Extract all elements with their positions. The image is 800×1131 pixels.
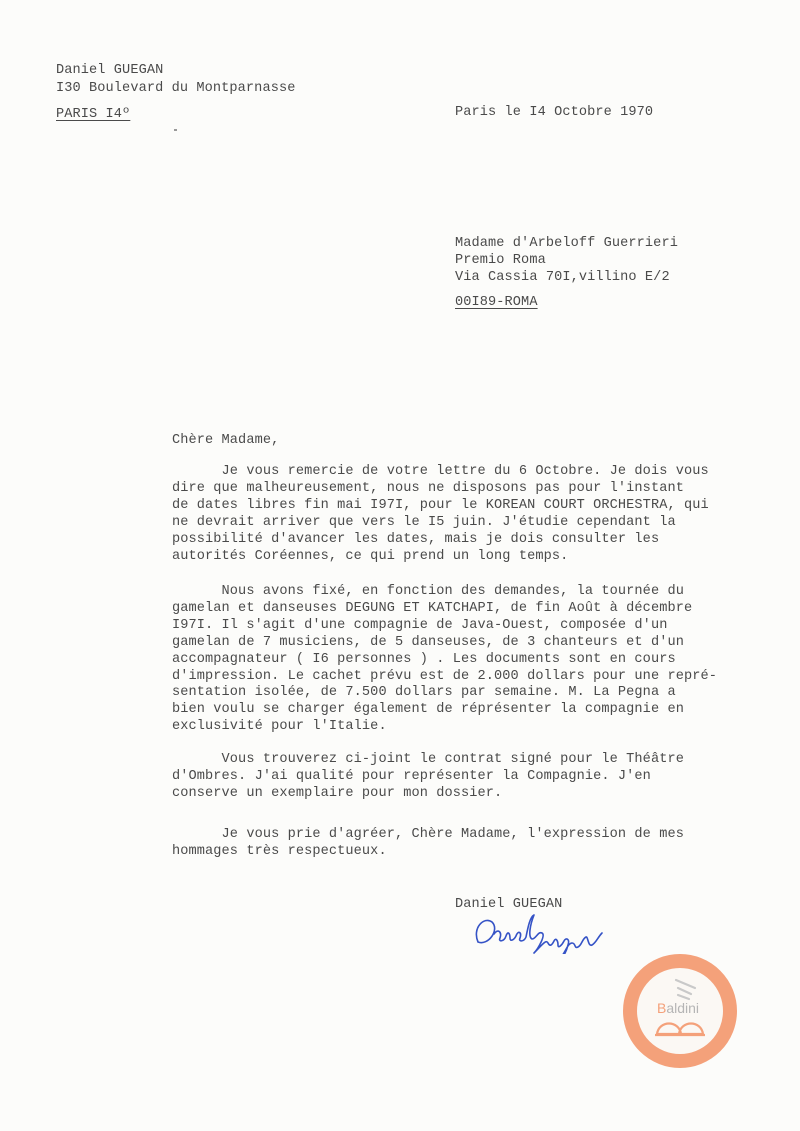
letter-line: gamelan et danseuses DEGUNG ET KATCHAPI,… <box>172 600 692 617</box>
letter-line: ne devrait arriver que vers le I5 juin. … <box>172 514 676 531</box>
letter-line: bien voulu se charger également de répré… <box>172 701 684 718</box>
letter-line: Vous trouverez ci-joint le contrat signé… <box>172 751 684 768</box>
letter-line: exclusivité pour l'Italie. <box>172 718 387 735</box>
letter-line: dire que malheureusement, nous ne dispos… <box>172 480 684 497</box>
recipient-city: 00I89-ROMA <box>455 294 538 311</box>
letter-line: accompagnateur ( I6 personnes ) . Les do… <box>172 651 676 668</box>
recipient-name: Madame d'Arbeloff Guerrieri <box>455 235 678 252</box>
letter-line: hommages très respectueux. <box>172 843 387 860</box>
letter-line: Je vous remercie de votre lettre du 6 Oc… <box>172 463 709 480</box>
letter-line: d'Ombres. J'ai qualité pour représenter … <box>172 768 651 785</box>
letter-line: d'impression. Le cachet prévu est de 2.0… <box>172 668 717 685</box>
salutation: Chère Madame, <box>172 432 279 449</box>
letter-line: de dates libres fin mai I97I, pour le KO… <box>172 497 709 514</box>
letter-line: Nous avons fixé, en fonction des demande… <box>172 583 684 600</box>
letter-line: autorités Coréennes, ce qui prend un lon… <box>172 548 568 565</box>
letter-line: sentation isolée, de 7.500 dollars par s… <box>172 684 676 701</box>
ink-speck <box>174 129 177 131</box>
letter-line: I97I. Il s'agit d'une compagnie de Java-… <box>172 617 667 634</box>
recipient-street: Via Cassia 70I,villino E/2 <box>455 269 670 286</box>
date-line: Paris le I4 Octobre 1970 <box>455 104 653 121</box>
sender-name: Daniel GUEGAN <box>56 62 163 79</box>
stamp-label: Baldini <box>657 1000 699 1016</box>
recipient-org: Premio Roma <box>455 252 546 269</box>
handwritten-signature <box>470 908 620 954</box>
letter-line: possibilité d'avancer les dates, mais je… <box>172 531 659 548</box>
letter-line: conserve un exemplaire pour mon dossier. <box>172 785 502 802</box>
letter-line: Je vous prie d'agréer, Chère Madame, l'e… <box>172 826 684 843</box>
library-stamp: Baldini <box>621 952 739 1070</box>
letter-line: gamelan de 7 musiciens, de 5 danseuses, … <box>172 634 684 651</box>
sender-city: PARIS I4º <box>56 106 130 123</box>
sender-street: I30 Boulevard du Montparnasse <box>56 80 295 97</box>
